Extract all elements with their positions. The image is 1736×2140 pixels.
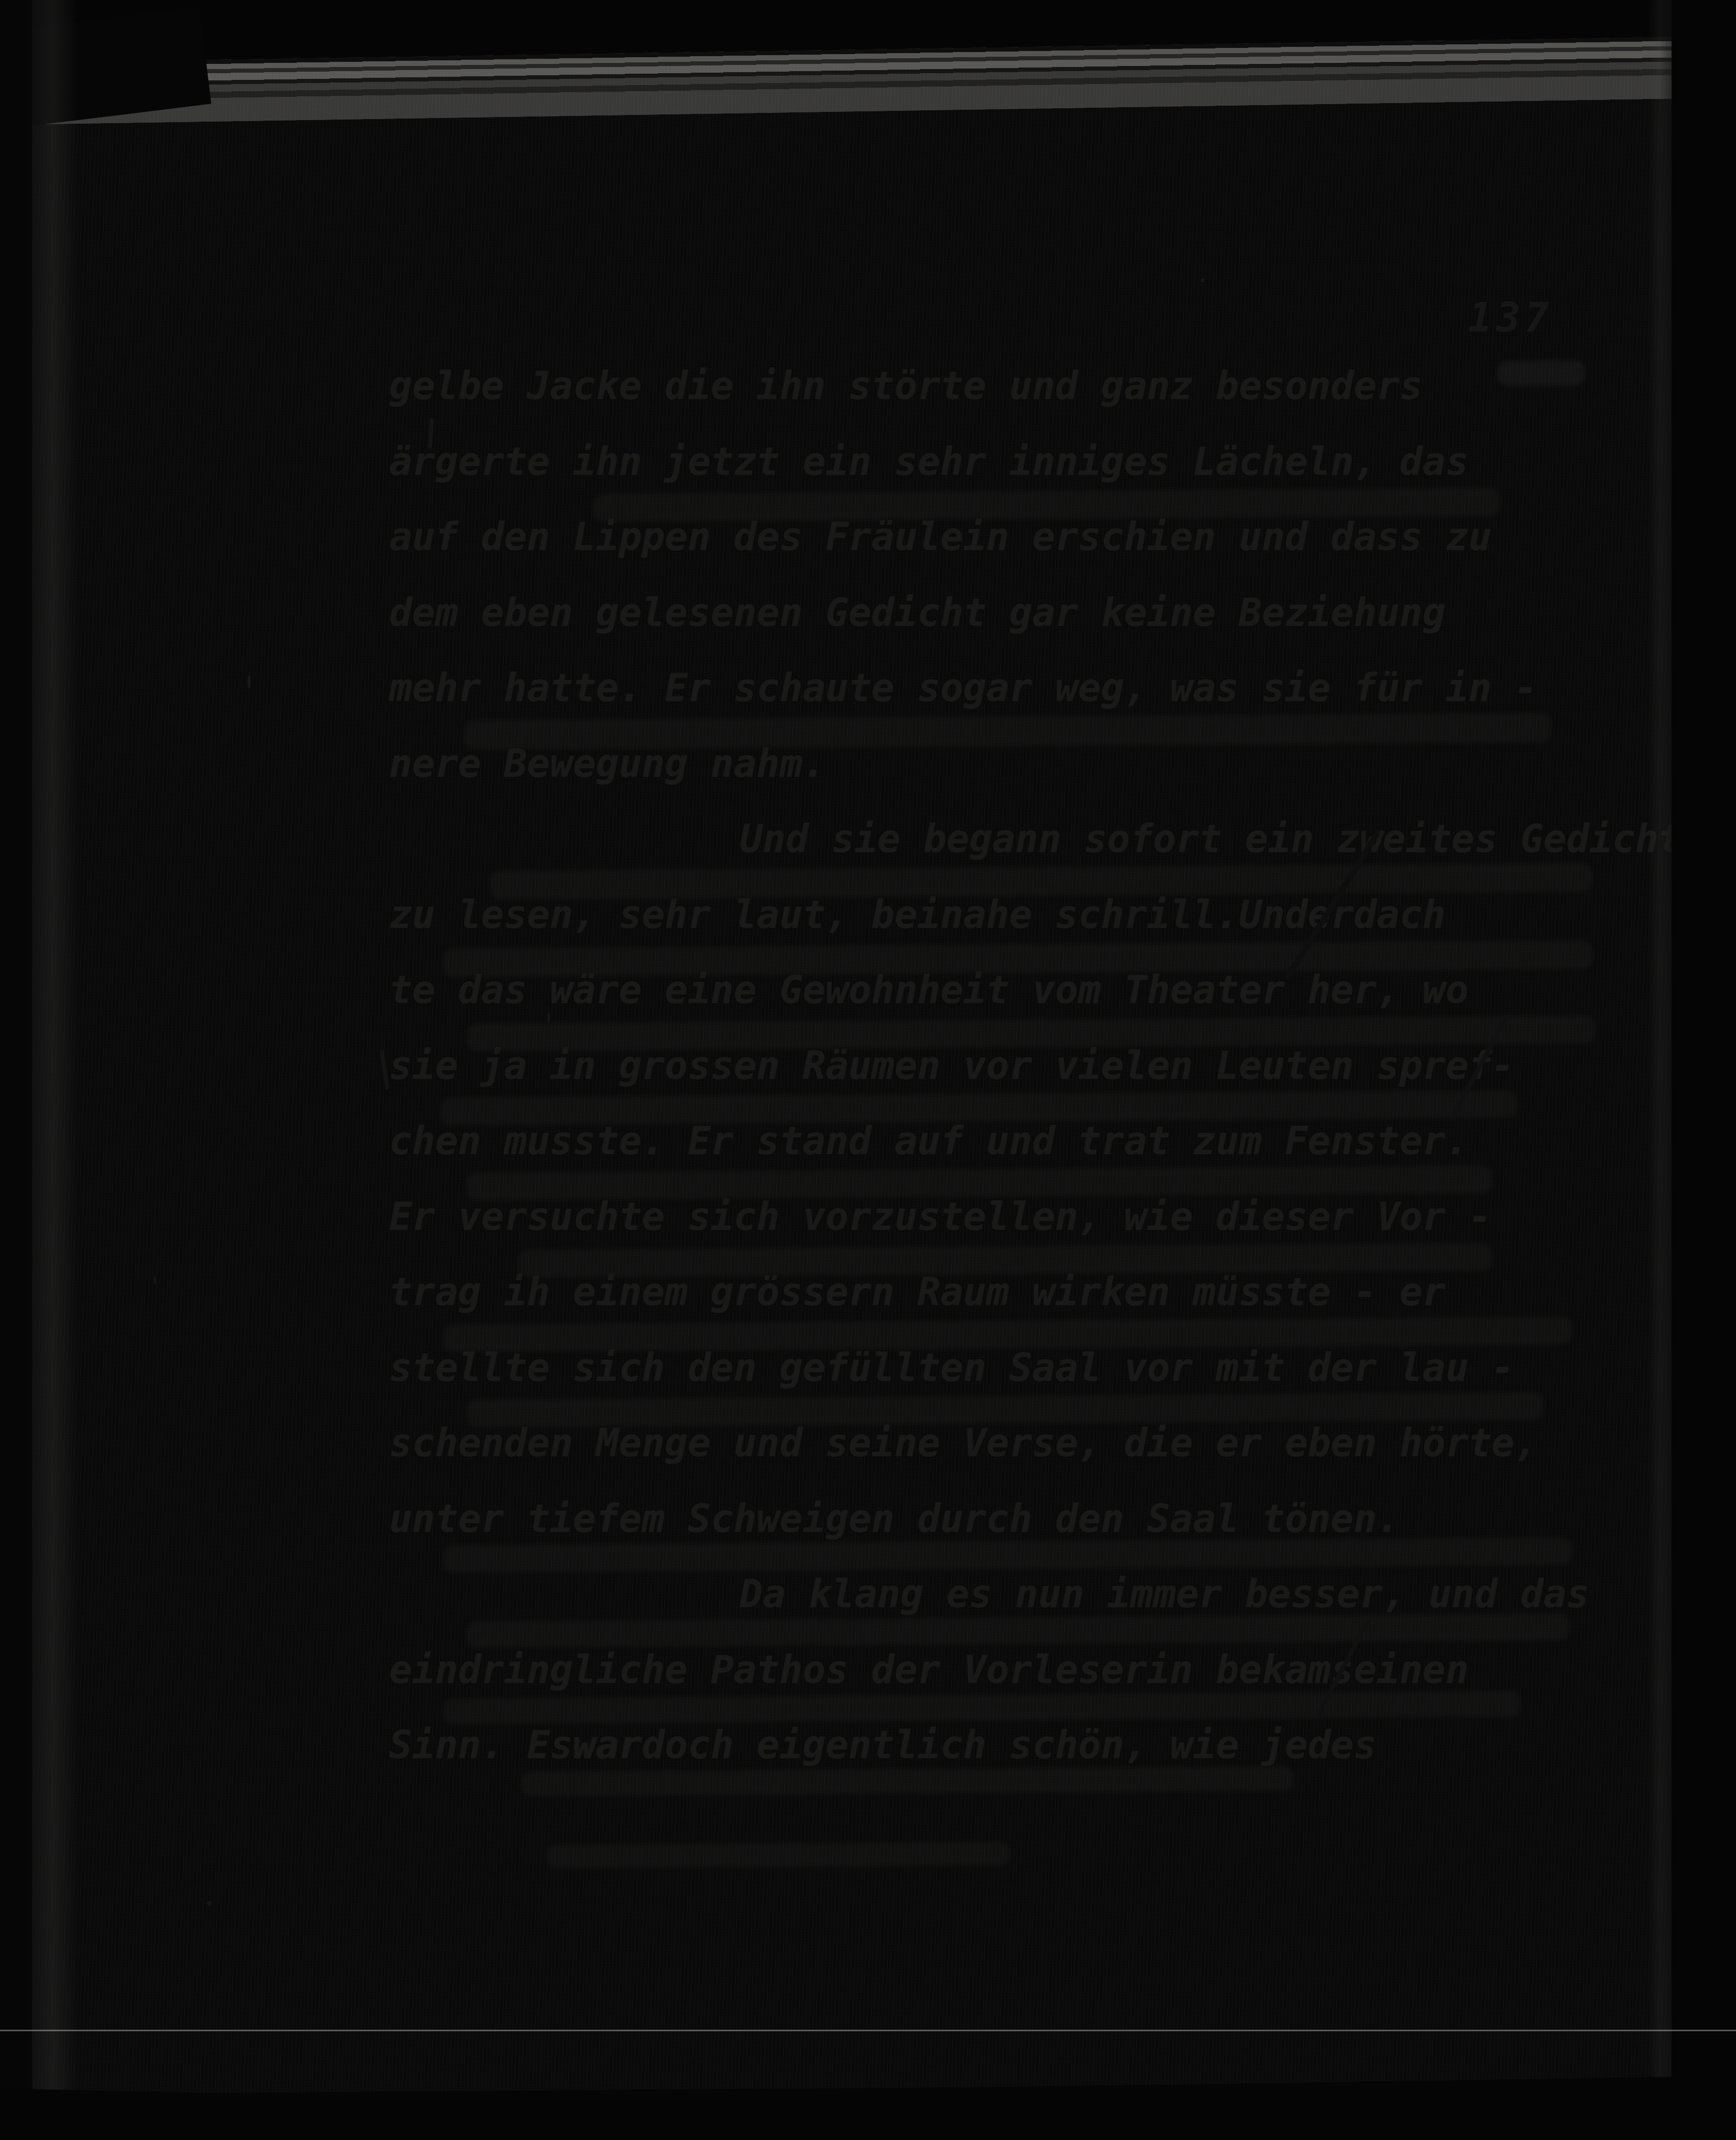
text-segment: te das wäre eine Gewohnheit vom Theater … <box>389 952 1468 1028</box>
text-line: te das wäre eine Gewohnheit vom Theater … <box>389 952 1554 1028</box>
text-line: chen musste. Er stand auf und trat zum F… <box>389 1104 1554 1179</box>
corrected-word: Und <box>1239 877 1308 953</box>
typewritten-text: gelbe Jacke die ihn störte und ganz beso… <box>389 348 1554 1783</box>
text-segment: doch eigentlich schön, wie jedes <box>642 1708 1377 1783</box>
text-segment: nere Bewegung nahm. <box>389 726 825 802</box>
text-line: Und sie begann sofort ein zweites Gedich… <box>389 801 1554 877</box>
dust-speck <box>547 1012 550 1023</box>
text-line: trag ih einem grössern Raum wirken müsst… <box>389 1255 1554 1330</box>
corrected-word: s <box>1331 1632 1354 1708</box>
text-line: auf den Lippen des Fräulein erschien und… <box>389 499 1554 575</box>
text-line: sie ja in grossen Räumen vor vielen Leut… <box>389 1028 1554 1104</box>
text-line: Da klang es nun immer besser, und das <box>389 1557 1554 1632</box>
scan-border-right <box>1672 0 1736 2140</box>
text-line: unter tiefem Schweigen durch den Saal tö… <box>389 1481 1554 1557</box>
text-segment: mehr hatte. Er schaute sogar weg, was si… <box>389 650 1538 726</box>
text-segment: Und sie begann sofort ein zweites Gedich… <box>564 801 1681 877</box>
text-segment: einen <box>1354 1632 1468 1708</box>
text-segment: dach <box>1354 877 1445 953</box>
text-line: Er versuchte sich vorzustellen, wie dies… <box>389 1179 1554 1255</box>
text-segment: Da klang es nun immer besser, und das <box>564 1557 1589 1632</box>
text-line: schenden Menge und seine Verse, die er e… <box>389 1406 1554 1481</box>
text-segment: chen musste. Er stand auf und trat zum F… <box>389 1104 1468 1179</box>
text-segment: Er versuchte sich vorzustellen, wie dies… <box>389 1179 1491 1255</box>
text-line: nere Bewegung nahm. <box>389 726 1554 802</box>
text-segment: dem eben gelesenen Gedicht gar keine Bez… <box>389 575 1445 651</box>
corrected-word: war <box>573 1708 642 1783</box>
text-segment: - <box>1492 1028 1515 1104</box>
page-edge-shadow-left <box>32 0 78 2140</box>
text-line: dem eben gelesenen Gedicht gar keine Bez… <box>389 575 1554 651</box>
corrected-word: er <box>1308 877 1354 953</box>
text-line: Sinn. Es war doch eigentlich schön, wie … <box>389 1708 1554 1783</box>
text-line: gelbe Jacke die ihn störte und ganz beso… <box>389 348 1554 424</box>
text-segment: unter tiefem Schweigen durch den Saal tö… <box>389 1481 1399 1557</box>
dust-speck <box>207 1901 212 1906</box>
text-segment: eindringliche Pathos der Vorleserin beka… <box>389 1632 1331 1708</box>
text-line: ärgerte ihn jetzt ein sehr inniges Läche… <box>389 424 1554 500</box>
scanner-artifact-line <box>0 2030 1736 2031</box>
page-edge-shadow-right <box>1648 0 1672 2140</box>
text-segment: auf den Lippen des Fräulein erschien und… <box>389 499 1491 575</box>
dust-speck <box>247 675 251 689</box>
page-number: 137 <box>1468 295 1553 341</box>
text-line: eindringliche Pathos der Vorleserin beka… <box>389 1632 1554 1708</box>
text-segment: sie ja in grossen Räumen vor vielen Leut… <box>389 1028 1468 1104</box>
dust-speck <box>1201 278 1204 282</box>
bleedthrough-smudge <box>546 1842 1010 1868</box>
text-segment: gelbe Jacke die ihn störte und ganz beso… <box>389 348 1423 424</box>
text-segment: trag ih einem grössern Raum wirken müsst… <box>389 1255 1445 1330</box>
corrected-word: f <box>1468 1028 1492 1104</box>
text-segment: Sinn. Es <box>389 1708 573 1783</box>
text-segment: ärgerte ihn jetzt ein sehr inniges Läche… <box>389 424 1468 500</box>
scan-border-left <box>0 0 32 2140</box>
text-line: stellte sich den gefüllten Saal vor mit … <box>389 1330 1554 1406</box>
text-segment: schenden Menge und seine Verse, die er e… <box>389 1406 1538 1481</box>
dust-speck <box>154 1276 156 1285</box>
text-segment: stellte sich den gefüllten Saal vor mit … <box>389 1330 1514 1406</box>
text-line: zu lesen, sehr laut, beinahe schrill. Un… <box>389 877 1554 953</box>
text-line: mehr hatte. Er schaute sogar weg, was si… <box>389 650 1554 726</box>
text-segment: zu lesen, sehr laut, beinahe schrill. <box>389 877 1239 953</box>
